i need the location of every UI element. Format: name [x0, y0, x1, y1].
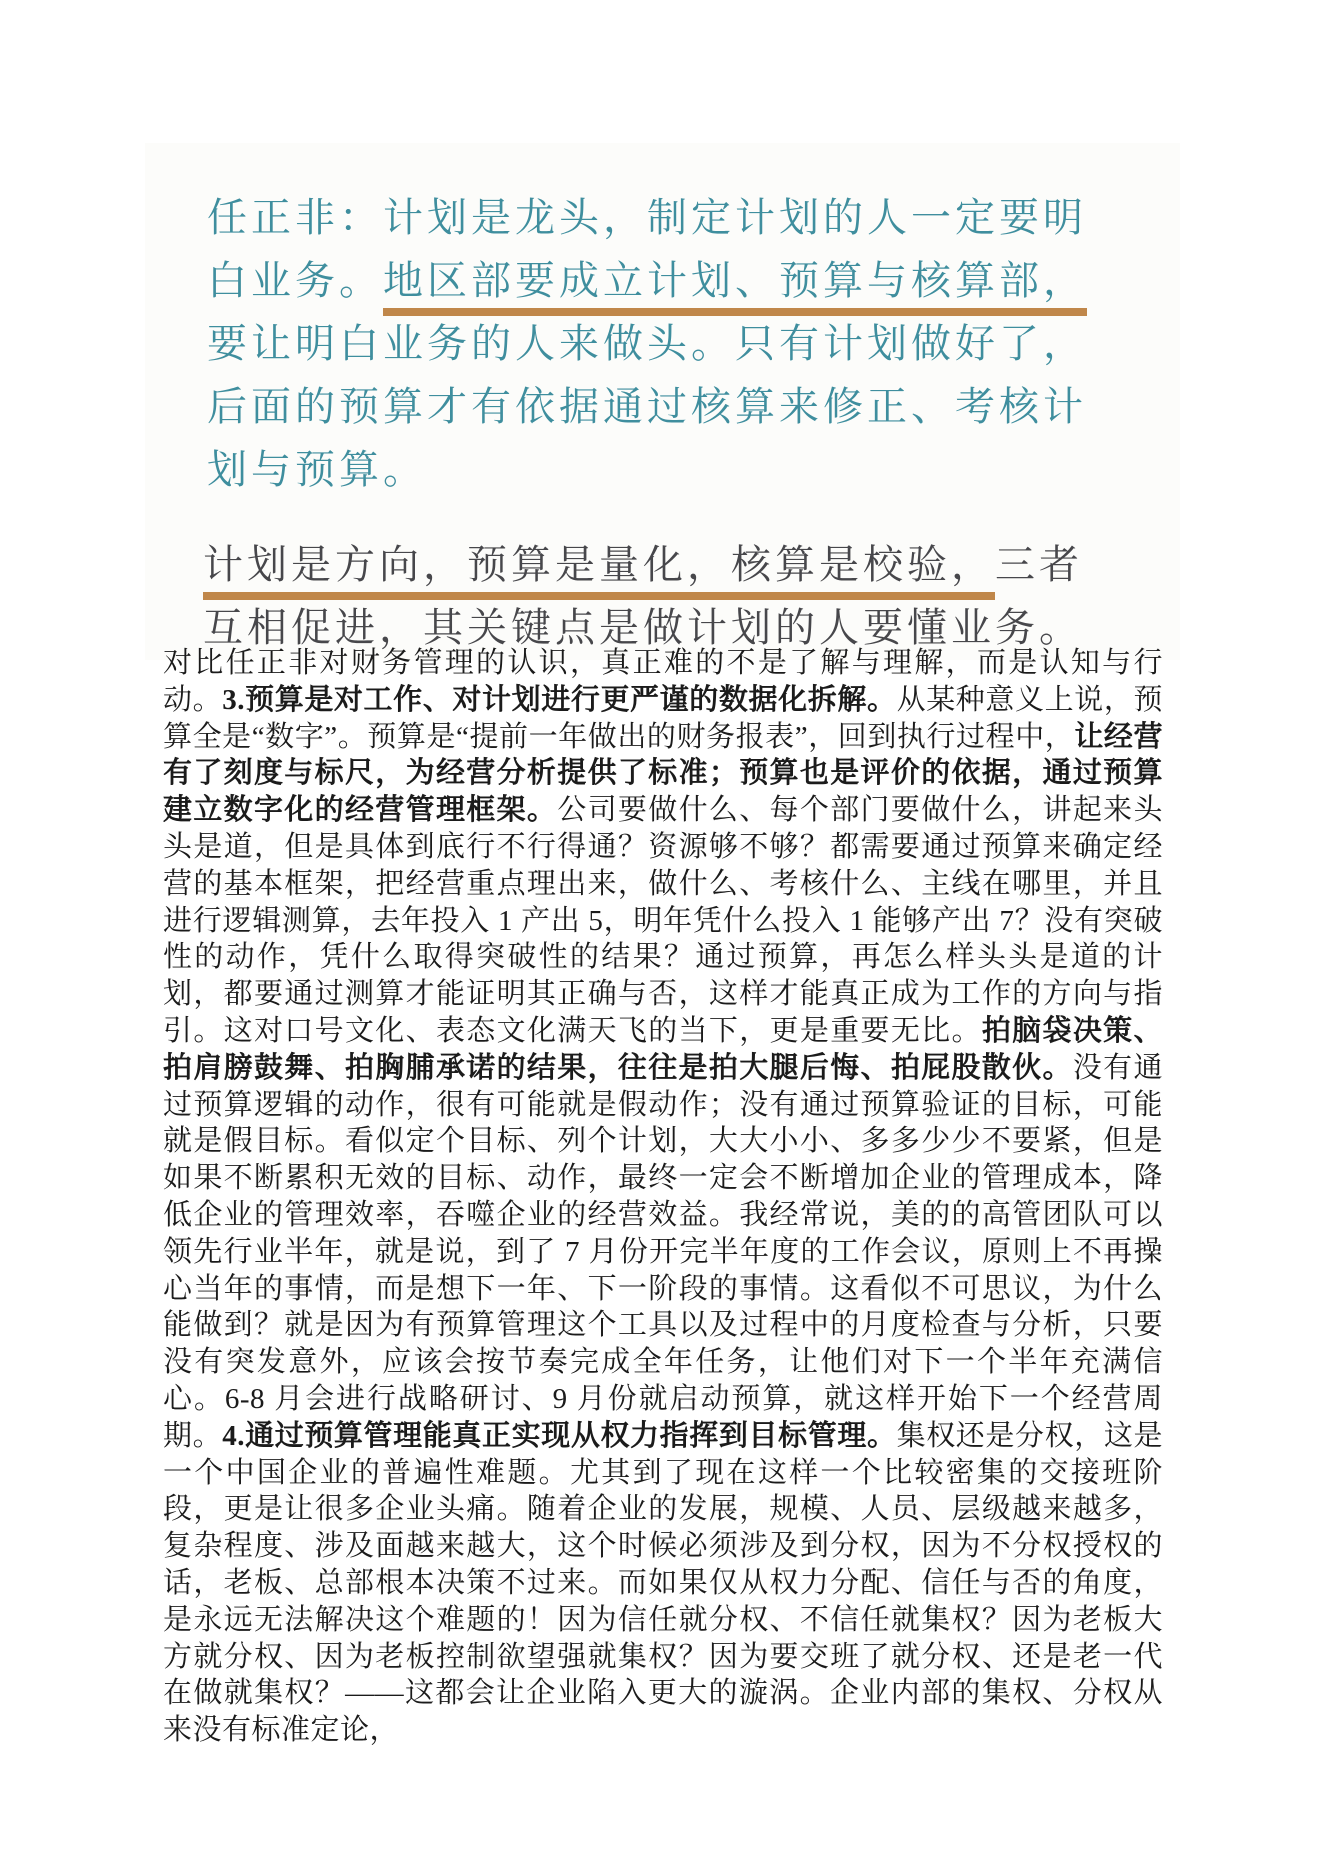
body-bold-segment: 4.通过预算管理能真正实现从权力指挥到目标管理。	[222, 1420, 896, 1452]
body-segment: 集权还是分权，这是一个中国企业的普遍性难题。尤其到了现在这样一个比较密集的交接班…	[163, 1420, 1163, 1746]
quote-line: 后面的预算才有依据通过核算来修正、考核计	[207, 376, 1180, 439]
quote-line: 任正非：计划是龙头，制定计划的人一定要明	[207, 187, 1180, 250]
quote-underlined-text: 地区部要成立计划、预算与核算部，	[383, 259, 1087, 316]
body-segment: 公司要做什么、每个部门要做什么，讲起来头头是道，但是具体到底行不行得通？资源够不…	[163, 794, 1163, 1047]
document-page: 任正非：计划是龙头，制定计划的人一定要明白业务。地区部要成立计划、预算与核算部，…	[0, 0, 1323, 1871]
body-bold-segment: 3.预算是对工作、对计划进行更严谨的数据化拆解。	[222, 684, 896, 716]
quote-text: 白业务。	[207, 259, 383, 303]
quote-line: 划与预算。	[207, 439, 1180, 502]
quote-line: 计划是方向，预算是量化，核算是校验，三者	[203, 534, 1180, 597]
quote-text: 任正非：计划是龙头，制定计划的人一定要明	[207, 196, 1087, 240]
quote-image: 任正非：计划是龙头，制定计划的人一定要明白业务。地区部要成立计划、预算与核算部，…	[145, 143, 1180, 660]
quote-text: 互相促进，其关键点是做计划的人要懂业务。	[203, 606, 1083, 650]
quote-block-teal: 任正非：计划是龙头，制定计划的人一定要明白业务。地区部要成立计划、预算与核算部，…	[207, 187, 1180, 502]
quote-line: 白业务。地区部要成立计划、预算与核算部，	[207, 250, 1180, 313]
quote-text: 要让明白业务的人来做头。只有计划做好了，	[207, 322, 1087, 366]
quote-text: 划与预算。	[207, 448, 427, 492]
quote-line: 要让明白业务的人来做头。只有计划做好了，	[207, 313, 1180, 376]
quote-underlined-text: 计划是方向，预算是量化，核算是校验，	[203, 543, 995, 600]
quote-text: 后面的预算才有依据通过核算来修正、考核计	[207, 385, 1087, 429]
quote-text: 三者	[995, 543, 1083, 587]
body-segment: 没有通过预算逻辑的动作，很有可能就是假动作；没有通过预算验证的目标，可能就是假目…	[163, 1052, 1163, 1452]
quote-block-dark: 计划是方向，预算是量化，核算是校验，三者互相促进，其关键点是做计划的人要懂业务。	[203, 534, 1180, 660]
body-paragraph: 对比任正非对财务管理的认识，真正难的不是了解与理解，而是认知与行动。3.预算是对…	[163, 645, 1163, 1749]
